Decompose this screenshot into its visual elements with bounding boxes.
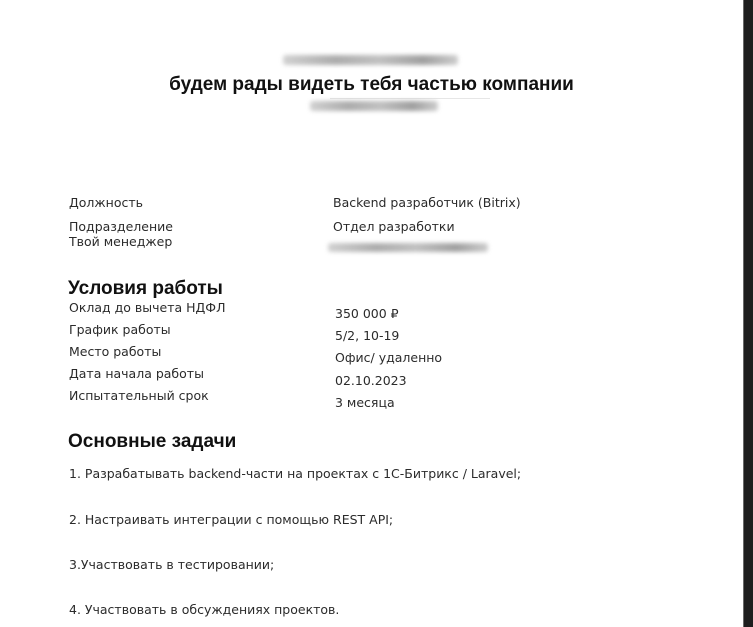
greeting-heading: будем рады видеть тебя частью компании xyxy=(0,74,743,96)
label-position: Должность xyxy=(69,195,143,210)
label-workplace: Место работы xyxy=(69,344,161,359)
value-start-date: 02.10.2023 xyxy=(335,373,407,388)
task-item: 3.Участвовать в тестировании; xyxy=(69,557,274,572)
value-workplace: Офис/ удаленно xyxy=(335,350,442,365)
task-item: 4. Участвовать в обсуждениях проектов. xyxy=(69,602,339,617)
task-item: 2. Настраивать интеграции с помощью REST… xyxy=(69,512,393,527)
value-schedule: 5/2, 10-19 xyxy=(335,328,399,343)
conditions-heading: Условия работы xyxy=(68,278,223,300)
viewer-edge xyxy=(743,0,753,627)
value-salary: 350 000 ₽ xyxy=(335,306,399,321)
offer-document-page: будем рады видеть тебя частью компании Д… xyxy=(0,0,743,627)
redacted-recipient-name xyxy=(283,55,458,65)
redacted-subtitle xyxy=(310,101,438,111)
label-department: Подразделение xyxy=(69,219,173,234)
label-probation: Испытательный срок xyxy=(69,388,209,403)
label-salary: Оклад до вычета НДФЛ xyxy=(69,300,225,315)
value-position: Backend разработчик (Bitrix) xyxy=(333,195,521,210)
tasks-heading: Основные задачи xyxy=(68,431,236,453)
redacted-manager-name xyxy=(328,243,488,252)
label-start-date: Дата начала работы xyxy=(69,366,204,381)
value-department: Отдел разработки xyxy=(333,219,455,234)
divider xyxy=(330,98,490,99)
task-item: 1. Разрабатывать backend-части на проект… xyxy=(69,466,521,481)
label-manager: Твой менеджер xyxy=(69,234,172,249)
label-schedule: График работы xyxy=(69,322,171,337)
value-probation: 3 месяца xyxy=(335,395,395,410)
